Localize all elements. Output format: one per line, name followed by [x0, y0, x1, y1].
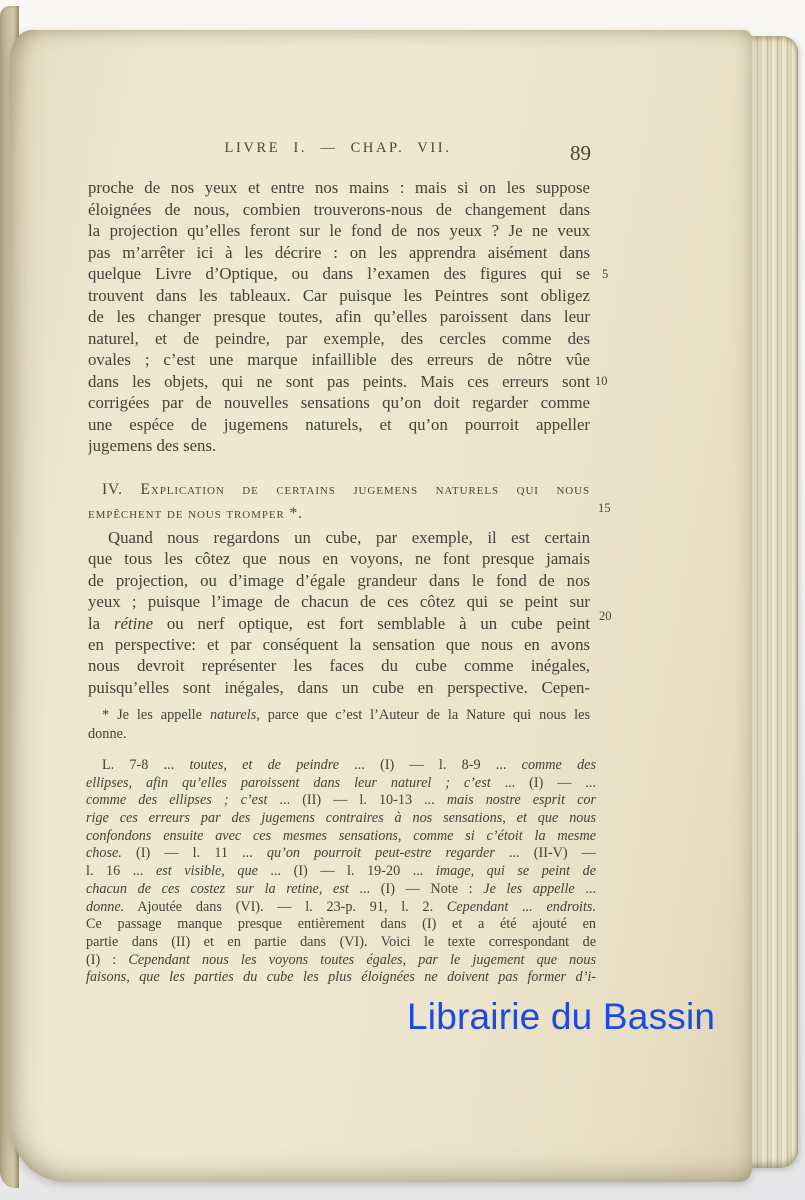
bookseller-watermark: Librairie du Bassin	[407, 996, 715, 1038]
text-line: comme des ellipses ; c’est ... (II) — l.…	[86, 792, 596, 810]
text-line: nous devroit représenter les faces du cu…	[88, 655, 590, 676]
text-line: donne.	[88, 725, 590, 744]
text-line: rige ces erreurs par des jugemens contra…	[86, 810, 596, 828]
text-line: corrigées par de nouvelles sensations qu…	[88, 392, 590, 414]
text-line: L. 7-8 ... toutes, et de peindre ... (I)…	[86, 757, 596, 775]
text-line: la rétine ou nerf optique, est fort semb…	[88, 613, 590, 634]
margin-line-number: 5	[602, 267, 608, 282]
text-line: donne. Ajoutée dans (VI). — l. 23-p. 91,…	[86, 899, 596, 917]
text-line: pas m’arrêter ici à les décrire : on les…	[88, 242, 590, 264]
running-title: LIVRE I. — CHAP. VII.	[88, 140, 588, 157]
text-line: naturel, et de peindre, par exemple, des…	[88, 328, 590, 350]
text-line: chacun de ces costez sur la retine, est …	[86, 881, 596, 899]
text-line: de projection, ou d’image d’égale grande…	[88, 570, 590, 591]
text-line: quelque Livre d’Optique, ou dans l’exame…	[88, 263, 590, 285]
page-stack-edge	[744, 36, 798, 1168]
text-line: IV. Explication de certains jugemens nat…	[88, 478, 590, 502]
text-line: (I) : Cependant nous les voyons toutes é…	[86, 952, 596, 970]
footnote: * Je les appelle naturels, parce que c’e…	[88, 706, 590, 744]
text-line: l. 16 ... est visible, que ... (I) — l. …	[86, 863, 596, 881]
page-number: 89	[570, 141, 591, 166]
book-photo: LIVRE I. — CHAP. VII. 89 proche de nos y…	[0, 0, 805, 1200]
text-line: ovales ; c’est une marque infaillible de…	[88, 349, 590, 371]
section-heading: IV. Explication de certains jugemens nat…	[88, 478, 590, 525]
text-line: éloignées de nous, combien trouverons-no…	[88, 199, 590, 221]
text-line: confondons ensuite avec ces mesmes sensa…	[86, 828, 596, 846]
text-line: yeux ; puisque l’image de chacun de ces …	[88, 591, 590, 612]
text-line: Quand nous regardons un cube, par exempl…	[88, 527, 590, 548]
critical-apparatus: L. 7-8 ... toutes, et de peindre ... (I)…	[86, 757, 596, 987]
text-line: faisons, que les parties du cube les plu…	[86, 969, 596, 987]
text-line: ellipses, afin qu’elles paroissent dans …	[86, 775, 596, 793]
text-line: empêchent de nous tromper *.	[88, 502, 590, 526]
text-line: trouvent dans les tableaux. Car puisque …	[88, 285, 590, 307]
text-line: partie dans (II) et en partie dans (VI).…	[86, 934, 596, 952]
margin-line-number: 15	[598, 501, 611, 516]
text-line: jugemens des sens.	[88, 435, 590, 457]
margin-line-number: 10	[595, 374, 608, 389]
text-line: que tous les côtez que nous en voyons, n…	[88, 548, 590, 569]
text-line: dans les objets, qui ne sont pas peints.…	[88, 371, 590, 393]
text-line: de les changer presque toutes, afin qu’e…	[88, 306, 590, 328]
text-line: puisqu’elles sont inégales, dans un cube…	[88, 677, 590, 698]
text-line: proche de nos yeux et entre nos mains : …	[88, 177, 590, 199]
body-paragraph-2: Quand nous regardons un cube, par exempl…	[88, 527, 590, 698]
body-paragraph-1: proche de nos yeux et entre nos mains : …	[88, 177, 590, 457]
text-line: la projection qu’elles feront sur le fon…	[88, 220, 590, 242]
text-line: Ce passage manque presque entièrement da…	[86, 916, 596, 934]
text-line: * Je les appelle naturels, parce que c’e…	[88, 706, 590, 725]
text-line: en perspective: et par conséquent la sen…	[88, 634, 590, 655]
text-line: une espéce de jugemens naturels, et qu’o…	[88, 414, 590, 436]
text-line: chose. (I) — l. 11 ... qu’on pourroit pe…	[86, 845, 596, 863]
margin-line-number: 20	[599, 609, 612, 624]
